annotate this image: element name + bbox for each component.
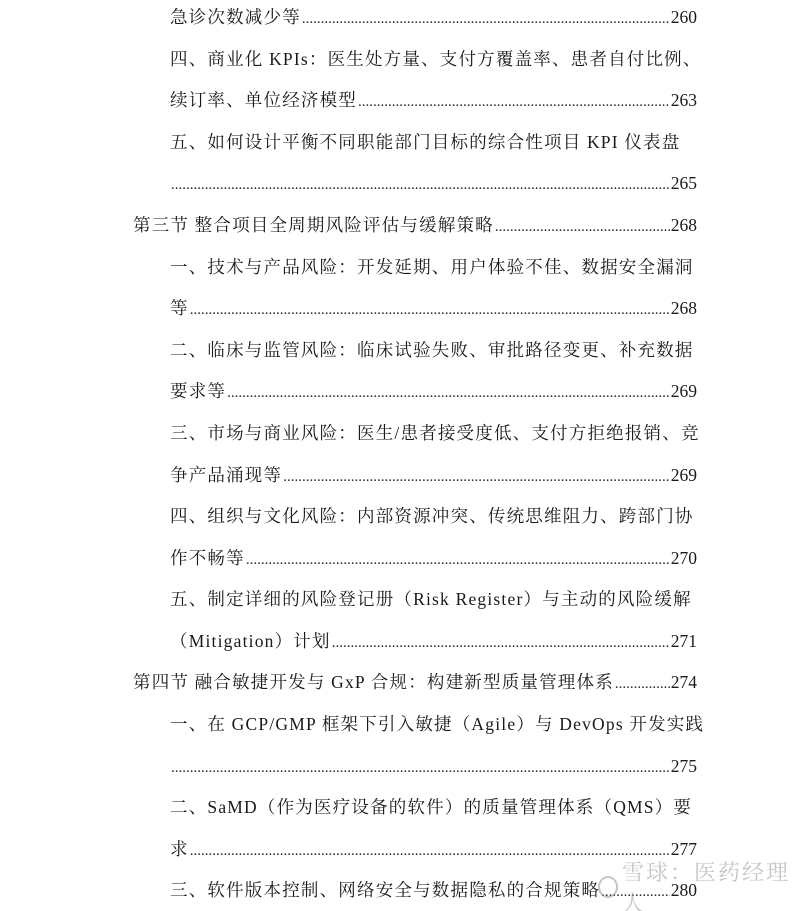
toc-page-number: 270 [671,544,697,572]
toc-page-number: 271 [671,627,697,655]
toc-page-number: 269 [671,377,697,405]
toc-entry-text: 四、商业化 KPIs：医生处方量、支付方覆盖率、患者自付比例、 [170,45,702,73]
toc-entry-text: 五、制定详细的风险登记册（Risk Register）与主动的风险缓解 [170,585,692,613]
dot-leader [332,629,670,657]
toc-entry[interactable]: 四、商业化 KPIs：医生处方量、支付方覆盖率、患者自付比例、 [170,45,697,73]
toc-entry-text: 五、如何设计平衡不同职能部门目标的综合性项目 KPI 仪表盘 [170,128,680,156]
toc-entry-text: 争产品涌现等 [170,461,282,489]
toc-entry-text: 第四节 融合敏捷开发与 GxP 合规：构建新型质量管理体系 [133,668,614,696]
toc-entry-text: 一、在 GCP/GMP 框架下引入敏捷（Agile）与 DevOps 开发实践 [170,710,704,738]
toc-entry[interactable]: 一、在 GCP/GMP 框架下引入敏捷（Agile）与 DevOps 开发实践 [170,710,697,738]
toc-page-number: 269 [671,461,697,489]
toc-entry[interactable]: 265 [170,169,697,197]
toc-entry-text: 等 [170,294,189,322]
dot-leader [358,88,670,116]
toc-entry-text: 四、组织与文化风险：内部资源冲突、传统思维阻力、跨部门协 [170,502,694,530]
toc-section-heading[interactable]: 第四节 融合敏捷开发与 GxP 合规：构建新型质量管理体系 274 [133,668,697,696]
toc-page-number: 275 [671,752,697,780]
toc-entry-text: 作不畅等 [170,544,245,572]
dot-leader [601,878,670,906]
dot-leader [171,754,670,782]
toc-page-number: 268 [671,294,697,322]
dot-leader [283,463,670,491]
toc-page-number: 260 [671,3,697,31]
dot-leader [227,379,670,407]
dot-leader [171,171,670,199]
toc-entry[interactable]: 二、临床与监管风险：临床试验失败、审批路径变更、补充数据 [170,336,697,364]
toc-entry[interactable]: 275 [170,752,697,780]
toc-entry[interactable]: 五、如何设计平衡不同职能部门目标的综合性项目 KPI 仪表盘 [170,128,697,156]
toc-entry-text: 二、临床与监管风险：临床试验失败、审批路径变更、补充数据 [170,336,694,364]
toc-entry[interactable]: 作不畅等 270 [170,544,697,572]
toc-entry-text: 要求等 [170,377,226,405]
toc-section-heading[interactable]: 第三节 整合项目全周期风险评估与缓解策略 268 [133,211,697,239]
dot-leader [246,546,670,574]
toc-entry[interactable]: 等 268 [170,294,697,322]
toc-entry-text: 续订率、单位经济模型 [170,86,357,114]
toc-entry[interactable]: 一、技术与产品风险：开发延期、用户体验不佳、数据安全漏洞 [170,253,697,281]
toc-page-number: 274 [671,668,697,696]
dot-leader [615,670,670,698]
toc-page-number: 277 [671,835,697,863]
toc-entry-text: （Mitigation）计划 [170,627,331,655]
toc-entry[interactable]: 续订率、单位经济模型 263 [170,86,697,114]
toc-entry-text: 第三节 整合项目全周期风险评估与缓解策略 [133,211,494,239]
toc-entry[interactable]: 争产品涌现等 269 [170,461,697,489]
toc-entry-text: 求 [170,835,189,863]
toc-entry-text: 二、SaMD（作为医疗设备的软件）的质量管理体系（QMS）要 [170,793,692,821]
toc-page-number: 268 [671,211,697,239]
toc-entry[interactable]: 求 277 [170,835,697,863]
toc-entry-text: 急诊次数减少等 [170,3,301,31]
dot-leader [190,837,670,865]
dot-leader [190,296,670,324]
toc-entry[interactable]: 急诊次数减少等 260 [170,3,697,31]
toc-entry[interactable]: （Mitigation）计划 271 [170,627,697,655]
toc-entry[interactable]: 三、软件版本控制、网络安全与数据隐私的合规策略 280 [170,876,697,904]
toc-entry-text: 一、技术与产品风险：开发延期、用户体验不佳、数据安全漏洞 [170,253,694,281]
toc-entry[interactable]: 五、制定详细的风险登记册（Risk Register）与主动的风险缓解 [170,585,697,613]
toc-page-number: 263 [671,86,697,114]
dot-leader [302,5,670,33]
toc-page-number: 280 [671,876,697,904]
dot-leader [495,213,670,241]
toc-entry[interactable]: 三、市场与商业风险：医生/患者接受度低、支付方拒绝报销、竞 [170,419,697,447]
toc-entry-text: 三、软件版本控制、网络安全与数据隐私的合规策略 [170,876,600,904]
toc-page-number: 265 [671,169,697,197]
toc-entry-text: 三、市场与商业风险：医生/患者接受度低、支付方拒绝报销、竞 [170,419,700,447]
toc-entry[interactable]: 二、SaMD（作为医疗设备的软件）的质量管理体系（QMS）要 [170,793,697,821]
toc-entry[interactable]: 四、组织与文化风险：内部资源冲突、传统思维阻力、跨部门协 [170,502,697,530]
toc-entry[interactable]: 要求等 269 [170,377,697,405]
